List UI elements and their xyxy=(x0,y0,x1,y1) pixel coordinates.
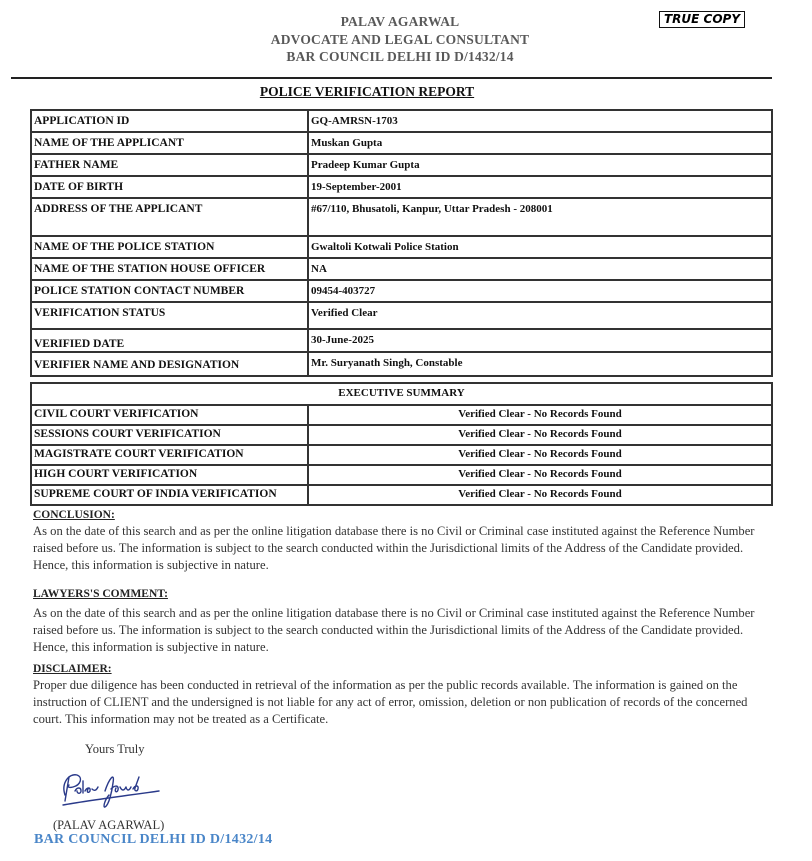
summary-heading: EXECUTIVE SUMMARY xyxy=(31,383,772,405)
row-label: POLICE STATION CONTACT NUMBER xyxy=(31,280,308,302)
row-value: Pradeep Kumar Gupta xyxy=(308,154,772,176)
row-label: NAME OF THE POLICE STATION xyxy=(31,236,308,258)
header-divider xyxy=(11,77,772,79)
closing-salutation: Yours Truly xyxy=(85,742,145,757)
table-row: VERIFICATION STATUSVerified Clear xyxy=(31,302,772,329)
handwritten-signature-icon xyxy=(55,765,165,813)
table-row: SESSIONS COURT VERIFICATIONVerified Clea… xyxy=(31,425,772,445)
true-copy-stamp: TRUE COPY xyxy=(659,11,745,28)
table-row: HIGH COURT VERIFICATIONVerified Clear - … xyxy=(31,465,772,485)
table-row: APPLICATION IDGQ-AMRSN-1703 xyxy=(31,110,772,132)
table-row: DATE OF BIRTH19-September-2001 xyxy=(31,176,772,198)
row-value: Verified Clear - No Records Found xyxy=(308,465,772,485)
row-label: MAGISTRATE COURT VERIFICATION xyxy=(31,445,308,465)
row-value: Verified Clear - No Records Found xyxy=(308,405,772,425)
row-label: SESSIONS COURT VERIFICATION xyxy=(31,425,308,445)
row-value: NA xyxy=(308,258,772,280)
row-value: Verified Clear xyxy=(308,302,772,329)
summary-header-row: EXECUTIVE SUMMARY xyxy=(31,383,772,405)
row-value: Mr. Suryanath Singh, Constable xyxy=(308,352,772,376)
signatory-name: (PALAV AGARWAL) xyxy=(53,818,164,833)
row-label: ADDRESS OF THE APPLICANT xyxy=(31,198,308,236)
report-title: POLICE VERIFICATION REPORT xyxy=(0,84,734,100)
lawyers-comment-heading: LAWYERS'S COMMENT: xyxy=(33,587,768,601)
table-row: CIVIL COURT VERIFICATIONVerified Clear -… xyxy=(31,405,772,425)
row-label: NAME OF THE APPLICANT xyxy=(31,132,308,154)
row-label: APPLICATION ID xyxy=(31,110,308,132)
row-value: 19-September-2001 xyxy=(308,176,772,198)
table-row: NAME OF THE APPLICANTMuskan Gupta xyxy=(31,132,772,154)
letterhead-title: ADVOCATE AND LEGAL CONSULTANT xyxy=(0,31,800,49)
signatory-bar-id: BAR COUNCIL DELHI ID D/1432/14 xyxy=(34,832,272,848)
row-label: CIVIL COURT VERIFICATION xyxy=(31,405,308,425)
row-value: 30-June-2025 xyxy=(308,329,772,352)
row-value: Verified Clear - No Records Found xyxy=(308,445,772,465)
row-value: GQ-AMRSN-1703 xyxy=(308,110,772,132)
row-label: VERIFIED DATE xyxy=(31,329,308,352)
row-value: Verified Clear - No Records Found xyxy=(308,485,772,505)
conclusion-heading: CONCLUSION: xyxy=(33,508,768,522)
row-label: HIGH COURT VERIFICATION xyxy=(31,465,308,485)
table-row: ADDRESS OF THE APPLICANT#67/110, Bhusato… xyxy=(31,198,772,236)
row-value: Muskan Gupta xyxy=(308,132,772,154)
disclaimer-text: Proper due diligence has been conducted … xyxy=(33,677,768,728)
table-row: FATHER NAMEPradeep Kumar Gupta xyxy=(31,154,772,176)
conclusion-section: CONCLUSION: As on the date of this searc… xyxy=(33,508,768,574)
table-row: NAME OF THE STATION HOUSE OFFICERNA xyxy=(31,258,772,280)
conclusion-text: As on the date of this search and as per… xyxy=(33,523,768,574)
details-table: APPLICATION IDGQ-AMRSN-1703 NAME OF THE … xyxy=(30,109,773,377)
disclaimer-section: DISCLAIMER: Proper due diligence has bee… xyxy=(33,662,768,728)
row-value: 09454-403727 xyxy=(308,280,772,302)
row-value: #67/110, Bhusatoli, Kanpur, Uttar Prades… xyxy=(308,198,772,236)
disclaimer-heading: DISCLAIMER: xyxy=(33,662,768,676)
table-row: POLICE STATION CONTACT NUMBER09454-40372… xyxy=(31,280,772,302)
lawyers-comment-text: As on the date of this search and as per… xyxy=(33,605,768,656)
row-label: FATHER NAME xyxy=(31,154,308,176)
table-row: SUPREME COURT OF INDIA VERIFICATIONVerif… xyxy=(31,485,772,505)
executive-summary-table: EXECUTIVE SUMMARY CIVIL COURT VERIFICATI… xyxy=(30,382,773,506)
table-row: VERIFIED DATE30-June-2025 xyxy=(31,329,772,352)
row-value: Verified Clear - No Records Found xyxy=(308,425,772,445)
lawyers-comment-section: LAWYERS'S COMMENT: As on the date of thi… xyxy=(33,587,768,656)
row-label: DATE OF BIRTH xyxy=(31,176,308,198)
row-value: Gwaltoli Kotwali Police Station xyxy=(308,236,772,258)
letterhead-bar-id: BAR COUNCIL DELHI ID D/1432/14 xyxy=(0,48,800,66)
table-row: MAGISTRATE COURT VERIFICATIONVerified Cl… xyxy=(31,445,772,465)
row-label: SUPREME COURT OF INDIA VERIFICATION xyxy=(31,485,308,505)
row-label: NAME OF THE STATION HOUSE OFFICER xyxy=(31,258,308,280)
table-row: NAME OF THE POLICE STATIONGwaltoli Kotwa… xyxy=(31,236,772,258)
row-label: VERIFICATION STATUS xyxy=(31,302,308,329)
row-label: VERIFIER NAME AND DESIGNATION xyxy=(31,352,308,376)
table-row: VERIFIER NAME AND DESIGNATIONMr. Suryana… xyxy=(31,352,772,376)
